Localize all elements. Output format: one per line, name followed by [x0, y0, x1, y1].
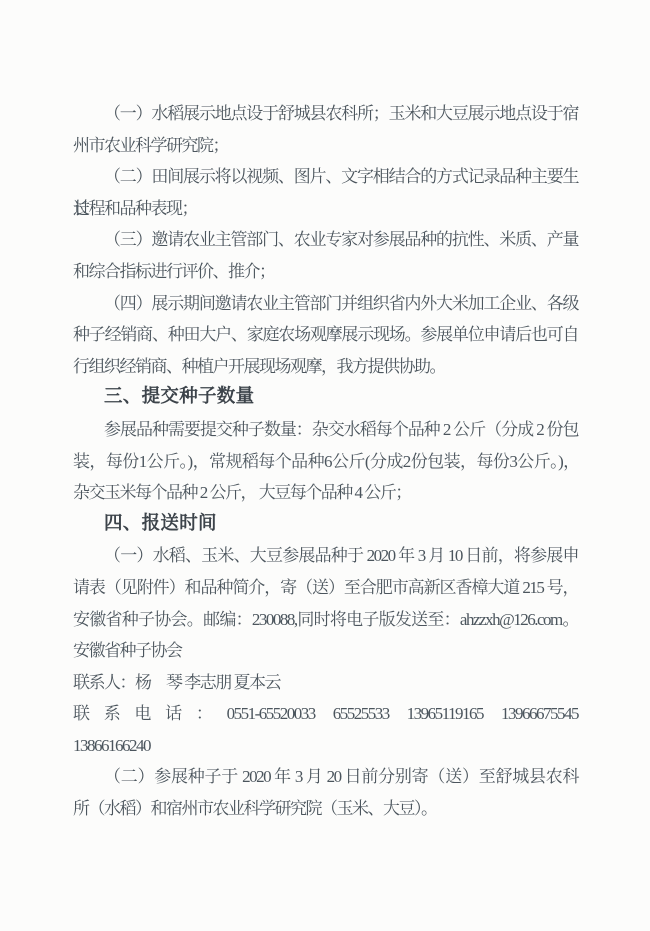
contact-phone-overflow-line: 13866166240	[73, 730, 578, 762]
paragraph-line: 参展品种需要提交种子数量：杂交水稻每个品种 2 公斤（分成 2 份包	[73, 414, 578, 446]
paragraph-line: 种子经销商、种田大户、家庭农场观摩展示现场。参展单位申请后也可自	[73, 319, 578, 351]
paragraph-line: （四）展示期间邀请农业主管部门并组织省内外大米加工企业、各级	[73, 288, 578, 320]
paragraph-line: 和综合指标进行评价、推介；	[73, 256, 578, 288]
paragraph-line: （一）水稻展示地点设于舒城县农科所；玉米和大豆展示地点设于宿	[73, 98, 578, 130]
paragraph-line: 装，每份1公斤。)，常规稻每个品种6公斤(分成2份包装，每份3公斤。)，	[73, 446, 578, 478]
scanned-document-page: （一）水稻展示地点设于舒城县农科所；玉米和大豆展示地点设于宿 州市农业科学研究院…	[0, 0, 650, 931]
paragraph-line: 行组织经销商、种植户开展现场观摩，我方提供协助。	[73, 351, 578, 383]
section-heading-seed-quantity: 三、提交种子数量	[73, 382, 578, 414]
section-submission-time: 四、报送时间 （一）水稻、玉米、大豆参展品种于 2020 年 3 月 10 日前…	[73, 509, 578, 825]
paragraph-line: 杂交玉米每个品种 2 公斤， 大豆每个品种 4 公斤；	[73, 477, 578, 509]
paragraph-line: （二）参展种子于 2020 年 3 月 20 日前分别寄（送）至舒城县农科	[73, 761, 578, 793]
contact-phone-line: 联系电话：0551-65520033 65525533 13965119165 …	[73, 698, 578, 730]
contact-person-line: 联系人：杨 琴 李志朋 夏本云	[73, 667, 578, 699]
section-seed-quantity: 三、提交种子数量 参展品种需要提交种子数量：杂交水稻每个品种 2 公斤（分成 2…	[73, 382, 578, 508]
paragraph-line: 过程和品种表现；	[73, 193, 578, 225]
org-name-line: 安徽省种子协会	[73, 635, 578, 667]
paragraph-line: （一）水稻、玉米、大豆参展品种于 2020 年 3 月 10 日前，将参展申	[73, 540, 578, 572]
mailing-address-line: 安徽省种子协会。邮编：230088,同时将电子版发送至：ahzzxh@126.c…	[73, 604, 578, 636]
section-display-arrangement: （一）水稻展示地点设于舒城县农科所；玉米和大豆展示地点设于宿 州市农业科学研究院…	[73, 98, 578, 382]
paragraph-line: （二）田间展示将以视频、图片、文字相结合的方式记录品种主要生长	[73, 161, 578, 193]
section-heading-submission-time: 四、报送时间	[73, 509, 578, 541]
paragraph-line: 请表（见附件）和品种简介，寄（送）至合肥市高新区香樟大道 215 号，	[73, 572, 578, 604]
paragraph-line: 州市农业科学研究院；	[73, 130, 578, 162]
paragraph-line: 所（水稻）和宿州市农业科学研究院（玉米、大豆）。	[73, 793, 578, 825]
paragraph-line: （三）邀请农业主管部门、农业专家对参展品种的抗性、米质、产量	[73, 224, 578, 256]
